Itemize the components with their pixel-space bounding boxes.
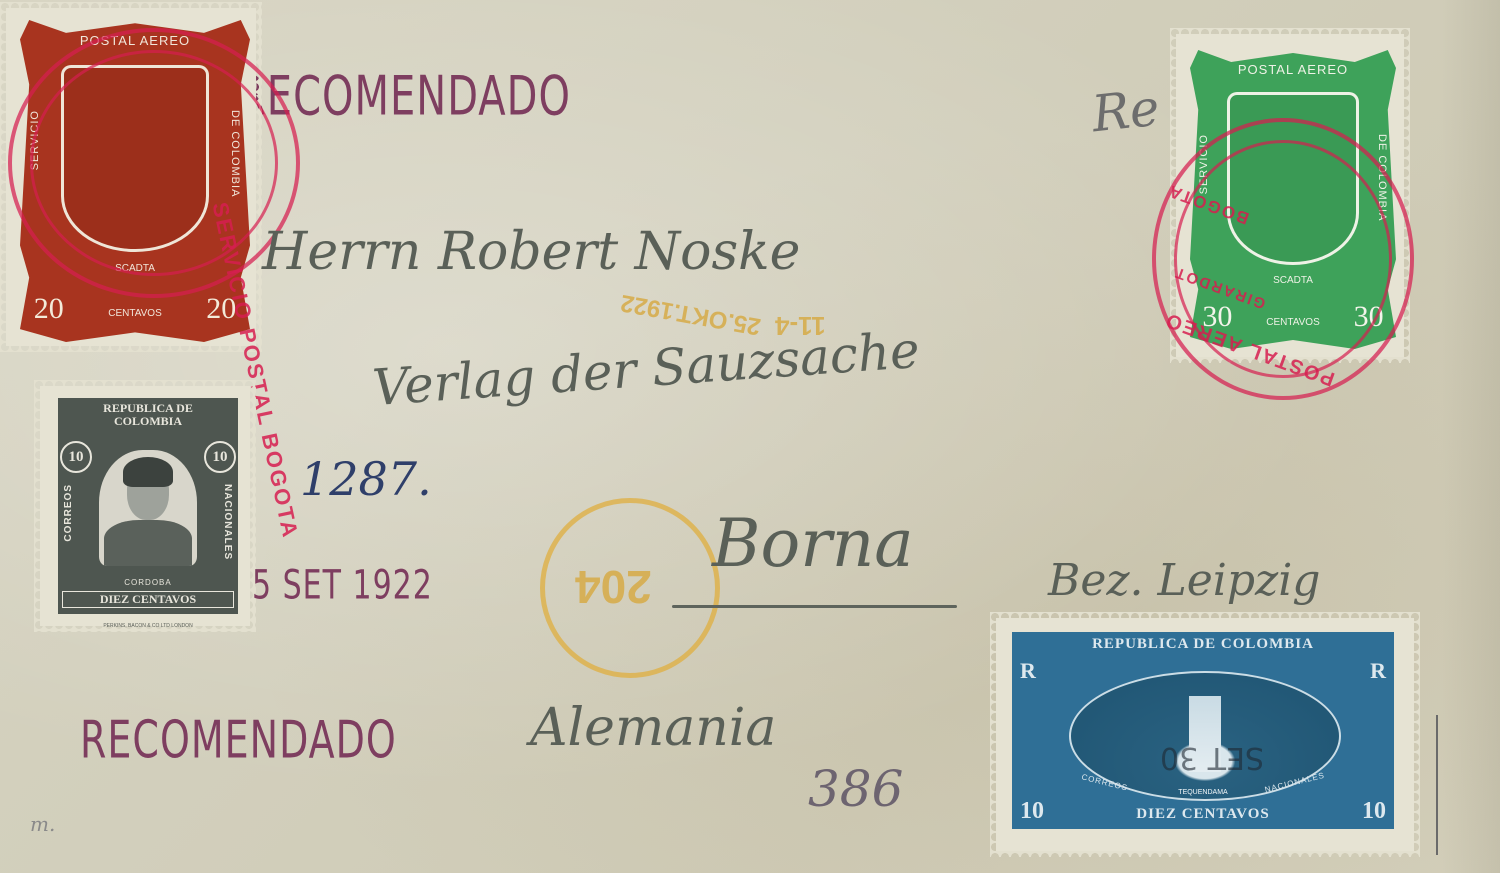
envelope: RECOMENDADO POSTAL AEREO SERVICIO DE COL…	[0, 0, 1500, 873]
stamp-value-left: 10	[60, 441, 92, 473]
stamp-value-right: 10	[1362, 798, 1386, 825]
pencil-mark	[1436, 715, 1438, 855]
stamp-bottom-text: DIEZ CENTAVOS	[1012, 806, 1394, 823]
address-line-2: Verlag der Sauzsache	[371, 321, 922, 417]
stamp-printer-imprint: PERKINS, BACON & CO LTD LONDON	[58, 623, 238, 629]
yellow-circle-number: 204	[575, 560, 652, 614]
stamp-left-text: CORREOS	[63, 484, 74, 542]
pencil-note-top-right: Re	[1089, 79, 1162, 144]
registration-number: 1287.	[300, 452, 432, 506]
stamp-portrait-name: CORDOBA	[58, 578, 238, 587]
address-district: Bez. Leipzig	[1048, 555, 1320, 606]
portrait-body	[104, 520, 191, 567]
recomendado-handstamp-bottom: RECOMENDADO	[80, 710, 397, 769]
stamp-bottom-text: DIEZ CENTAVOS	[62, 591, 234, 608]
stamp-header-line2: COLOMBIA	[58, 415, 238, 428]
red-postmark-left	[8, 28, 300, 298]
portrait-image	[99, 450, 196, 567]
stamp-registered-letter-right: R	[1370, 658, 1386, 684]
stamp-design: REPUBLICA DE COLOMBIA 10 10 CORREOS NACI…	[58, 398, 238, 614]
stamp-top-text: POSTAL AEREO	[1190, 62, 1396, 77]
stamp-right-text: NACIONALES	[222, 484, 233, 560]
envelope-edge	[1442, 0, 1500, 873]
address-country: Alemania	[530, 698, 776, 758]
blue-stamp-cancel: SET 30	[1160, 740, 1264, 775]
pencil-note-bottom-left: m.	[30, 812, 55, 836]
stamp-design: REPUBLICA DE COLOMBIA R R CORREOS NACION…	[1012, 632, 1394, 829]
stamp-header: REPUBLICA DE COLOMBIA	[1012, 636, 1394, 653]
stamp-registered-letter-left: R	[1020, 658, 1036, 684]
portrait-hair	[123, 457, 174, 487]
address-line-1: Herrn Robert Noske	[262, 222, 800, 282]
stamp-value-right: 10	[204, 441, 236, 473]
pencil-number: 386	[808, 760, 903, 818]
address-city: Borna	[712, 505, 914, 582]
city-underline	[672, 605, 957, 608]
date-handstamp: 5 SET 1922	[252, 562, 433, 609]
stamp-header: REPUBLICA DE COLOMBIA	[58, 402, 238, 428]
stamp-grey-10c-cordoba: REPUBLICA DE COLOMBIA 10 10 CORREOS NACI…	[34, 380, 256, 632]
stamp-blue-10c-tequendama: REPUBLICA DE COLOMBIA R R CORREOS NACION…	[990, 612, 1420, 857]
stamp-scene-label: TEQUENDAMA	[1012, 789, 1394, 796]
